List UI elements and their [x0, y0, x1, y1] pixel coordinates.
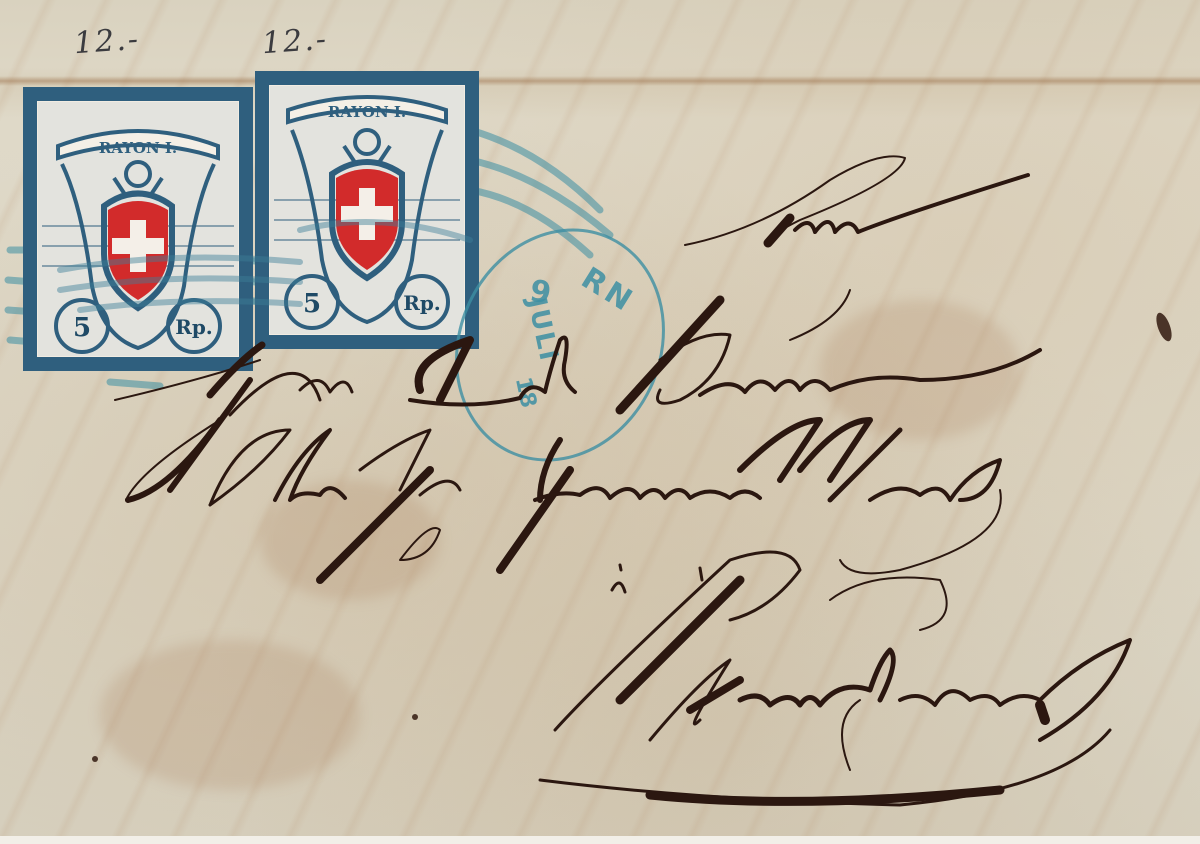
- envelope-edge: [0, 836, 1200, 844]
- stamp: RAYON I. 5 Rp.: [22, 86, 254, 372]
- stamp-pair: RAYON I. 5 Rp. RAYON I.: [22, 70, 480, 372]
- ink-spot: [92, 756, 98, 762]
- paper-stain: [260, 480, 440, 600]
- postmark: RN 9 JULI 18: [440, 215, 670, 485]
- ink-spot: [1153, 311, 1175, 343]
- pencil-price-mark: 12.-: [73, 22, 141, 62]
- ink-spot: [412, 714, 418, 720]
- stamp-design: RAYON I. 5 Rp.: [22, 86, 254, 372]
- stamp-currency: Rp.: [175, 315, 213, 339]
- stamp-value: 5: [73, 313, 91, 343]
- paper-stain: [100, 640, 360, 790]
- paper-stain: [820, 300, 1020, 440]
- stamp-value: 5: [303, 289, 321, 319]
- stamp-inscription: RAYON I.: [99, 139, 177, 157]
- stamp-inscription: RAYON I.: [328, 103, 406, 121]
- stamp-currency: Rp.: [403, 291, 441, 315]
- pencil-price-mark: 12.-: [261, 22, 329, 62]
